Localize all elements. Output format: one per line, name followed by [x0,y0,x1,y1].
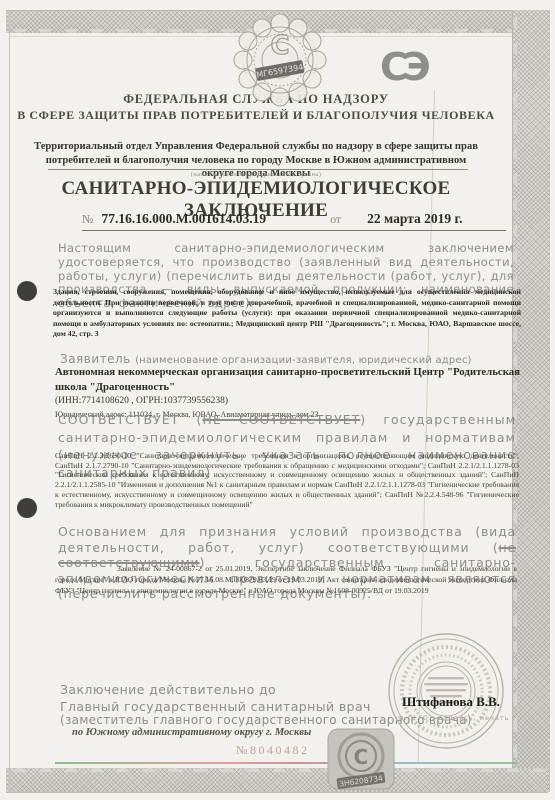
applicant-ids: (ИНН:7714108620 , ОГРН:1037739556238) [55,396,228,406]
hologram-rosette-seal-icon: С МГ6597394 [220,14,340,110]
basis-part1: Основанием для признания условий произво… [58,524,516,555]
territorial-caption: (наименование территориального органа) [0,171,512,178]
guilloche-band-bottom [6,768,548,793]
number-label: № [82,212,101,227]
guilloche-band-right [512,10,550,792]
se-logo-icon: СЭ [378,44,436,92]
compliance-struck: НЕ СООТВЕТСТВУЕТ [202,412,360,427]
signer-name: Штифанова В.В. [402,694,500,710]
paper-edge-line [9,10,10,792]
svg-text:С: С [354,745,369,769]
hole-punch [17,498,37,518]
caption-rule [48,169,468,170]
sanitary-rules-list: СанПиН 2.1.3.2630-10 "Санитарно-эпидемио… [55,451,519,509]
valid-until-label: Заключение действительно до [60,682,276,697]
district-line: по Южному административному округу г. Мо… [72,727,311,738]
certificate-date: 22 марта 2019 г. [367,211,462,227]
band-wave-edge [507,10,517,792]
svg-text:С: С [270,31,289,61]
certificate-number: 77.16.16.000.М.001614.03.19 [101,211,266,227]
signature-caption: Ф. И. О., подпись, печать [398,714,509,722]
chief-doctor-label: Главный государственный санитарный врач [60,699,371,714]
applicant-name: Автономная некоммерческая организация са… [55,365,525,394]
hologram-sticker-icon: С ЗН6208734 [327,728,397,792]
certificate-number-line: № 77.16.16.000.М.001614.03.19 от 22 март… [82,211,506,231]
applicant-label-text: Заявитель [60,352,135,366]
object-description: Здания, строения, сооружения, помещения,… [53,287,521,340]
blank-form-number: №8040482 [236,743,309,758]
agency-name-line2: В СФЕРЕ ЗАЩИТЫ ПРАВ ПОТРЕБИТЕЛЕЙ И БЛАГО… [0,108,512,123]
certificate-page: С МГ6597394 СЭ ФЕДЕРАЛЬНАЯ СЛУЖБА ПО НАД… [0,0,555,800]
compliance-part1: СООТВЕТСТВУЕТ ( [58,412,202,427]
hole-punch [17,281,37,301]
round-stamp-icon [384,629,508,753]
applicant-label: Заявитель (наименование организации-заяв… [60,352,472,366]
reviewed-documents: Заявление № 24-00867-2 от 25.01.2019, Эк… [55,563,517,597]
se-logo-text: СЭ [380,45,429,89]
date-label: от [330,212,341,227]
security-color-line [55,762,517,764]
